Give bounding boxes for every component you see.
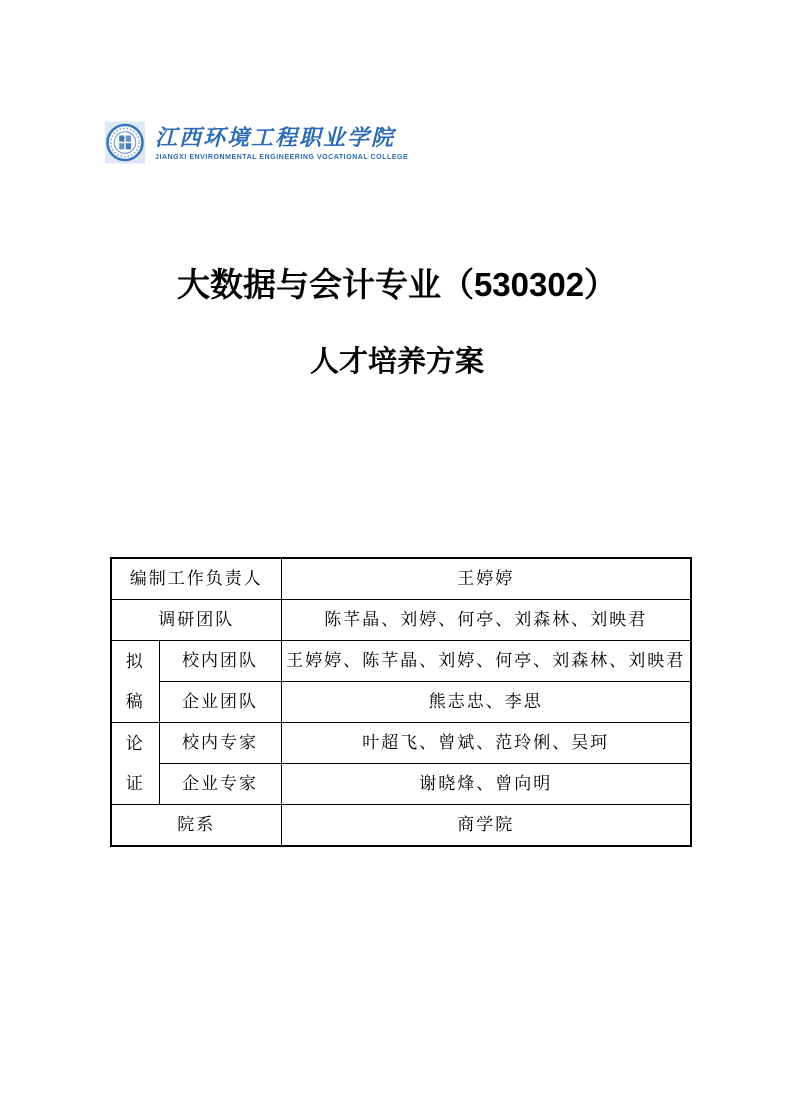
table-row-chief: 编制工作负责人 王婷婷 [111,558,691,600]
table-row-department: 院系 商学院 [111,805,691,847]
document-title-line2: 人才培养方案 [0,341,794,383]
row-value-enterprise-team: 熊志忠、李思 [281,682,691,723]
college-logo: 江西环境工程职业学院 JIANGXI ENVIRONMENTAL ENGINEE… [104,119,408,166]
college-emblem-icon [104,119,146,166]
group-label-review: 论证 [111,723,159,805]
college-name-zh: 江西环境工程职业学院 [155,125,408,151]
table-row-review-school-experts: 论证 校内专家 叶超飞、曾斌、范玲俐、吴珂 [111,723,691,764]
document-page: 江西环境工程职业学院 JIANGXI ENVIRONMENTAL ENGINEE… [0,0,794,1108]
college-logo-text: 江西环境工程职业学院 JIANGXI ENVIRONMENTAL ENGINEE… [155,125,408,161]
document-title-line1: 大数据与会计专业（530302） [0,262,794,308]
row-label-research-team: 调研团队 [111,600,281,641]
row-label-school-experts: 校内专家 [159,723,281,764]
row-value-enterprise-experts: 谢晓烽、曾向明 [281,764,691,805]
row-value-department: 商学院 [281,805,691,847]
table-row-review-enterprise-experts: 企业专家 谢晓烽、曾向明 [111,764,691,805]
row-label-chief: 编制工作负责人 [111,558,281,600]
row-value-school-experts: 叶超飞、曾斌、范玲俐、吴珂 [281,723,691,764]
row-value-chief: 王婷婷 [281,558,691,600]
table-row-research-team: 调研团队 陈芊晶、刘婷、何亭、刘森林、刘映君 [111,600,691,641]
table-row-draft-enterprise-team: 企业团队 熊志忠、李思 [111,682,691,723]
row-value-school-team: 王婷婷、陈芊晶、刘婷、何亭、刘森林、刘映君 [281,641,691,682]
college-name-en: JIANGXI ENVIRONMENTAL ENGINEERING VOCATI… [155,154,408,161]
preparation-info-table: 编制工作负责人 王婷婷 调研团队 陈芊晶、刘婷、何亭、刘森林、刘映君 拟稿 校内… [110,557,692,847]
row-label-enterprise-team: 企业团队 [159,682,281,723]
row-label-school-team: 校内团队 [159,641,281,682]
group-label-drafting: 拟稿 [111,641,159,723]
row-label-enterprise-experts: 企业专家 [159,764,281,805]
row-value-research-team: 陈芊晶、刘婷、何亭、刘森林、刘映君 [281,600,691,641]
row-label-department: 院系 [111,805,281,847]
table-row-draft-school-team: 拟稿 校内团队 王婷婷、陈芊晶、刘婷、何亭、刘森林、刘映君 [111,641,691,682]
